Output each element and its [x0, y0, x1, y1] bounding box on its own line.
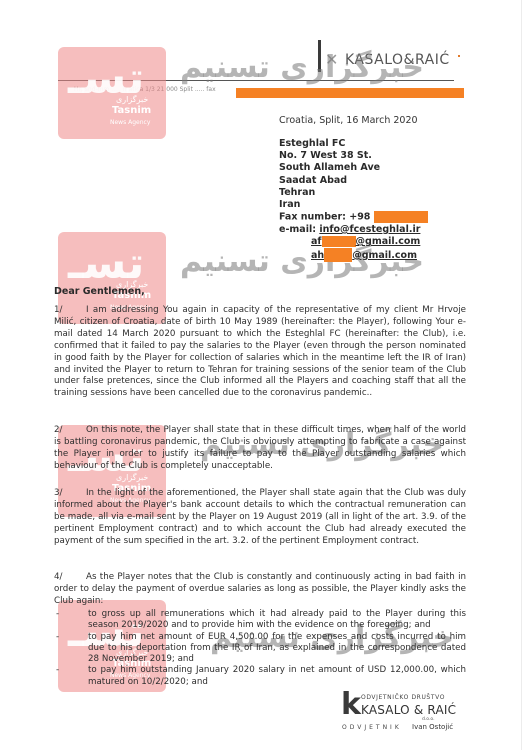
request-list: - to gross up all remunerations which it… — [54, 609, 466, 688]
email-2-prefix: af — [311, 236, 322, 247]
recipient-email: e-mail: info@fcesteghlal.ir — [279, 224, 428, 236]
recipient-avenue: South Allameh Ave — [279, 162, 428, 174]
paragraph-number: 3/ — [54, 488, 86, 500]
logo-accent-dot — [458, 55, 460, 57]
fax-redaction — [374, 211, 428, 223]
request-item: - to pay him outstanding January 2020 sa… — [54, 665, 466, 688]
email-label: e-mail: — [279, 224, 316, 235]
email-link-2[interactable]: af@gmail.com — [311, 236, 420, 247]
watermark-arabic: خبرگزاری — [116, 473, 148, 482]
recipient-fax: Fax number: +98 — [279, 211, 428, 224]
letter-date: Croatia, Split, 16 March 2020 — [279, 115, 418, 126]
tasnim-watermark-text: خبرگزاری تسنیم — [180, 50, 424, 85]
bullet-dash: - — [54, 632, 88, 666]
recipient-address: Esteghlal FC No. 7 West 38 St. South All… — [279, 138, 428, 262]
email-2-suffix: @gmail.com — [356, 236, 421, 247]
recipient-email-2: af@gmail.com — [279, 236, 428, 248]
redaction-bar — [236, 88, 464, 98]
paragraph-4: 4/As the Player notes that the Club is c… — [54, 572, 466, 608]
bullet-dash: - — [54, 665, 88, 688]
paragraph-2: 2/On this note, the Player shall state t… — [54, 425, 466, 473]
paragraph-text: On this note, the Player shall state tha… — [54, 425, 466, 471]
email-3-prefix: ah — [311, 250, 324, 261]
stamp-firm-name: KASALO & RAIĆ — [361, 703, 456, 717]
paragraph-number: 1/ — [54, 305, 86, 317]
recipient-street: No. 7 West 38 St. — [279, 150, 428, 162]
email-2-redaction — [322, 236, 356, 247]
paragraph-number: 4/ — [54, 572, 86, 584]
page-edge — [521, 0, 522, 750]
paragraph-text: In the light of the aforementioned, the … — [54, 488, 466, 546]
email-link-3[interactable]: ah@gmail.com — [311, 250, 417, 261]
request-text: to pay him outstanding January 2020 sala… — [88, 665, 466, 688]
request-item: - to pay him net amount of EUR 4,500.00 … — [54, 632, 466, 666]
paragraph-3: 3/In the light of the aforementioned, th… — [54, 488, 466, 548]
recipient-country: Iran — [279, 199, 428, 211]
recipient-city: Tehran — [279, 187, 428, 199]
stamp-firm-suffix: d.o.o. — [422, 717, 435, 722]
paragraph-1: 1/I am addressing You again in capacity … — [54, 305, 466, 400]
letter-page: ✕ KASALO&RAIĆ Hr, snd-mm ..... matica 1/… — [0, 0, 528, 750]
bullet-dash: - — [54, 609, 88, 632]
stamp-role: ODVJETNIK — [342, 724, 402, 731]
request-item: - to gross up all remunerations which it… — [54, 609, 466, 632]
watermark-sub: News Agency — [110, 119, 150, 126]
stamp-firm-type: ODVJETNIČKO DRUŠTVO — [361, 694, 445, 701]
email-3-redaction — [324, 248, 352, 262]
recipient-email-3: ah@gmail.com — [279, 248, 428, 262]
request-text: to gross up all remunerations which it h… — [88, 609, 466, 632]
paragraph-text: I am addressing You again in capacity of… — [54, 305, 466, 398]
email-3-suffix: @gmail.com — [352, 250, 417, 261]
request-text: to pay him net amount of EUR 4,500.00 fo… — [88, 632, 466, 666]
paragraph-number: 2/ — [54, 425, 86, 437]
recipient-district: Saadat Abad — [279, 175, 428, 187]
paragraph-text: As the Player notes that the Club is con… — [54, 572, 466, 606]
salutation: Dear Gentlemen, — [54, 286, 145, 297]
stamp-logo-icon: k — [341, 690, 361, 720]
tasnim-watermark-logo: تسـ خبرگزاری Tasnim News Agency — [58, 47, 166, 139]
email-link-primary[interactable]: info@fcesteghlal.ir — [319, 224, 420, 235]
stamp-signer: Ivan Ostojić — [412, 723, 453, 731]
watermark-name: Tasnim — [112, 105, 151, 116]
recipient-name: Esteghlal FC — [279, 138, 428, 150]
watermark-arabic: خبرگزاری — [116, 95, 148, 104]
fax-label: Fax number: +98 — [279, 212, 370, 223]
